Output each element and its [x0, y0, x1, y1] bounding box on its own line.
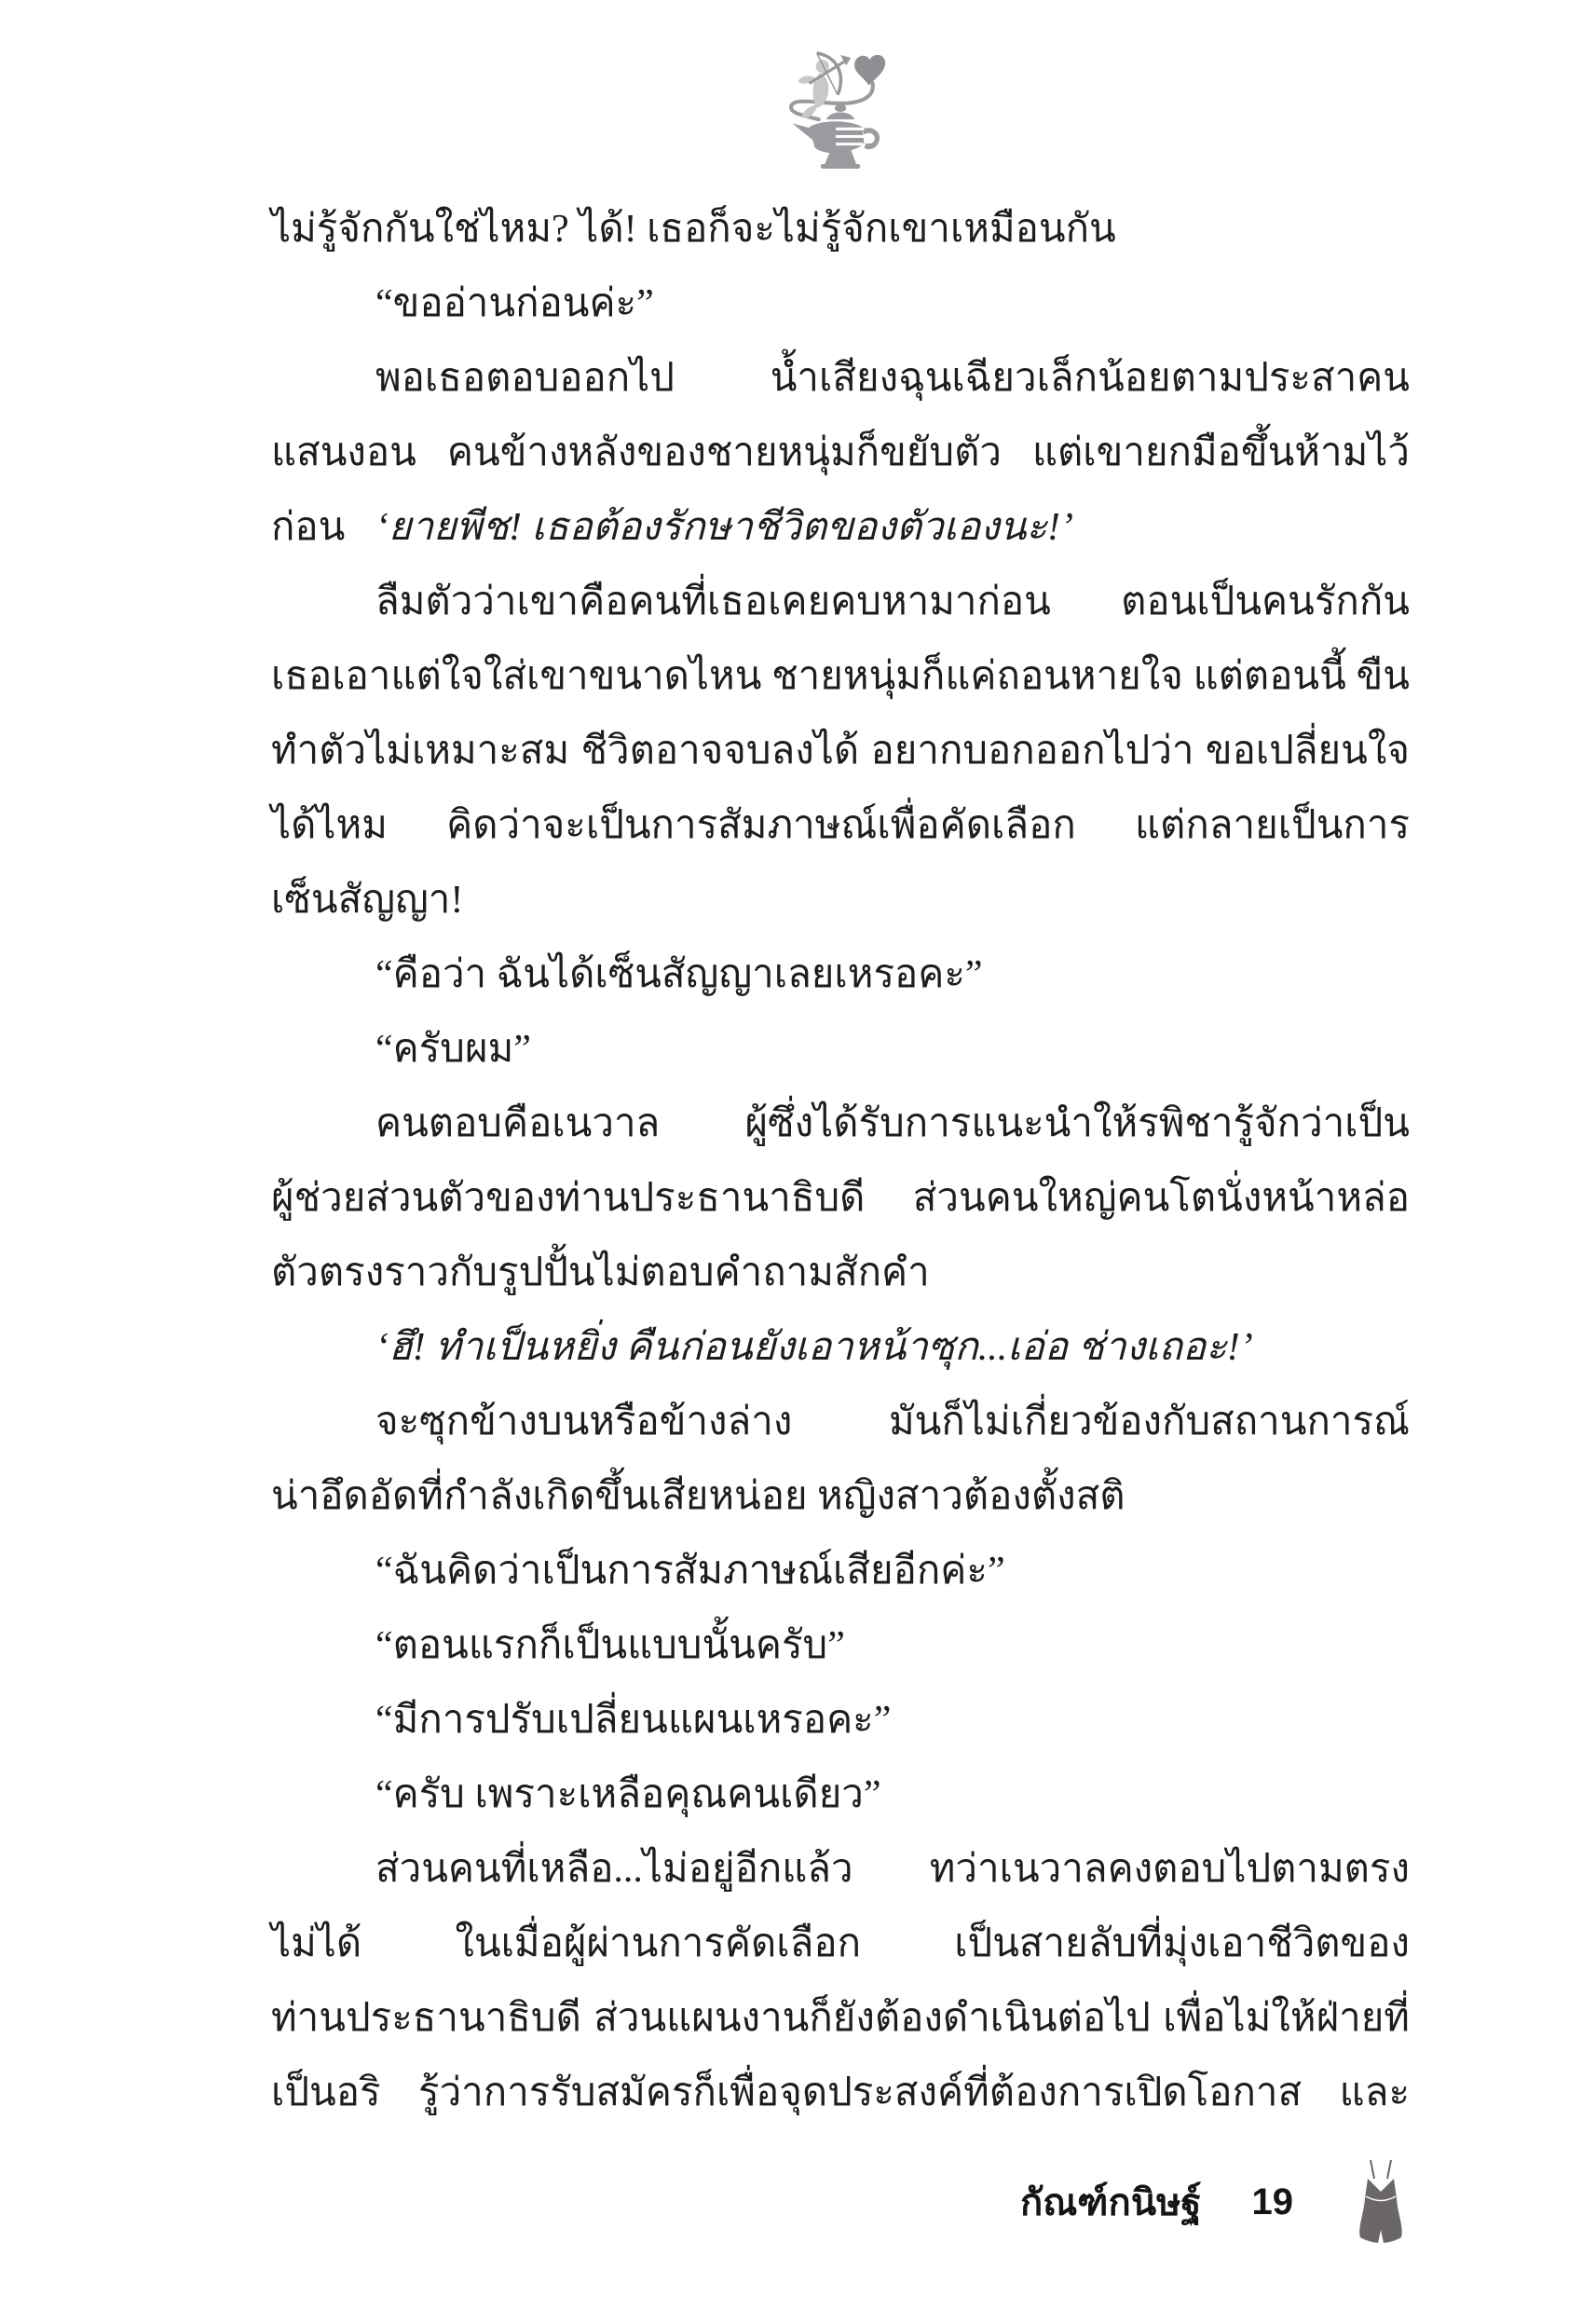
dress-icon: [1355, 2159, 1407, 2245]
body-text: ไม่รู้จักกันใช่ไหม? ได้! เธอก็จะไม่รู้จั…: [271, 192, 1410, 2130]
text-line: ทำตัวไม่เหมาะสม ชีวิตอาจจบลงได้ อยากบอกอ…: [271, 714, 1410, 788]
text-line: ‘ยายพีช! เธอต้องรักษาชีวิตของตัวเองนะ!’: [271, 490, 1410, 565]
text-line: “คือว่า ฉันได้เซ็นสัญญาเลยเหรอคะ”: [271, 937, 1410, 1012]
text-line: ไม่รู้จักกันใช่ไหม? ได้! เธอก็จะไม่รู้จั…: [271, 192, 1410, 267]
text-line: เธอเอาแต่ใจใส่เขาขนาดไหน ชายหนุ่มก็แค่ถอ…: [271, 639, 1410, 714]
text-line: พอเธอตอบออกไป น้ำเสียงฉุนเฉียวเล็กน้อยตา…: [271, 341, 1410, 416]
text-line: “ขออ่านก่อนค่ะ”: [271, 267, 1410, 341]
cupid-genie-lamp-icon: [781, 48, 891, 173]
text-line: น่าอึดอัดที่กำลังเกิดขึ้นเสียหน่อย หญิงส…: [271, 1459, 1410, 1534]
footer-author-name: กัณฑ์กนิษฐ์: [1020, 2172, 1202, 2232]
text-line: ไม่ได้ ในเมื่อผู้ผ่านการคัดเลือก เป็นสาย…: [271, 1907, 1410, 1981]
page-footer: กัณฑ์กนิษฐ์ 19: [1020, 2160, 1407, 2244]
text-line: ‘ฮึ! ทำเป็นหยิ่ง คืนก่อนยังเอาหน้าซุก...…: [271, 1310, 1410, 1385]
text-line: ผู้ช่วยส่วนตัวของท่านประธานาธิบดี ส่วนคน…: [271, 1161, 1410, 1236]
text-line: จะซุกข้างบนหรือข้างล่าง มันก็ไม่เกี่ยวข้…: [271, 1385, 1410, 1459]
book-page: { "ornament": { "name": "cupid-genie-lam…: [0, 0, 1596, 2311]
text-line: ได้ไหม คิดว่าจะเป็นการสัมภาษณ์เพื่อคัดเล…: [271, 788, 1410, 863]
text-line: “ฉันคิดว่าเป็นการสัมภาษณ์เสียอีกค่ะ”: [271, 1534, 1410, 1608]
text-line: “ตอนแรกก็เป็นแบบนั้นครับ”: [271, 1608, 1410, 1683]
text-line: ส่วนคนที่เหลือ...ไม่อยู่อีกแล้ว ทว่าเนวา…: [271, 1832, 1410, 1907]
text-line: ตัวตรงราวกับรูปปั้นไม่ตอบคำถามสักคำ: [271, 1236, 1410, 1310]
text-line: ลืมตัวว่าเขาคือคนที่เธอเคยคบหามาก่อน ตอน…: [271, 565, 1410, 639]
text-line: เป็นอริ รู้ว่าการรับสมัครก็เพื่อจุดประสง…: [271, 2056, 1410, 2130]
text-line: “มีการปรับเปลี่ยนแผนเหรอคะ”: [271, 1683, 1410, 1757]
text-line: เซ็นสัญญา!: [271, 863, 1410, 937]
text-line: “ครับ เพราะเหลือคุณคนเดียว”: [271, 1757, 1410, 1832]
text-line: “ครับผม”: [271, 1012, 1410, 1087]
page-number: 19: [1252, 2181, 1294, 2223]
text-line: คนตอบคือเนวาล ผู้ซึ่งได้รับการแนะนำให้รพ…: [271, 1087, 1410, 1161]
text-line: ท่านประธานาธิบดี ส่วนแผนงานก็ยังต้องดำเน…: [271, 1981, 1410, 2056]
text-line: แสนงอน คนข้างหลังของชายหนุ่มก็ขยับตัว แต…: [271, 416, 1410, 490]
